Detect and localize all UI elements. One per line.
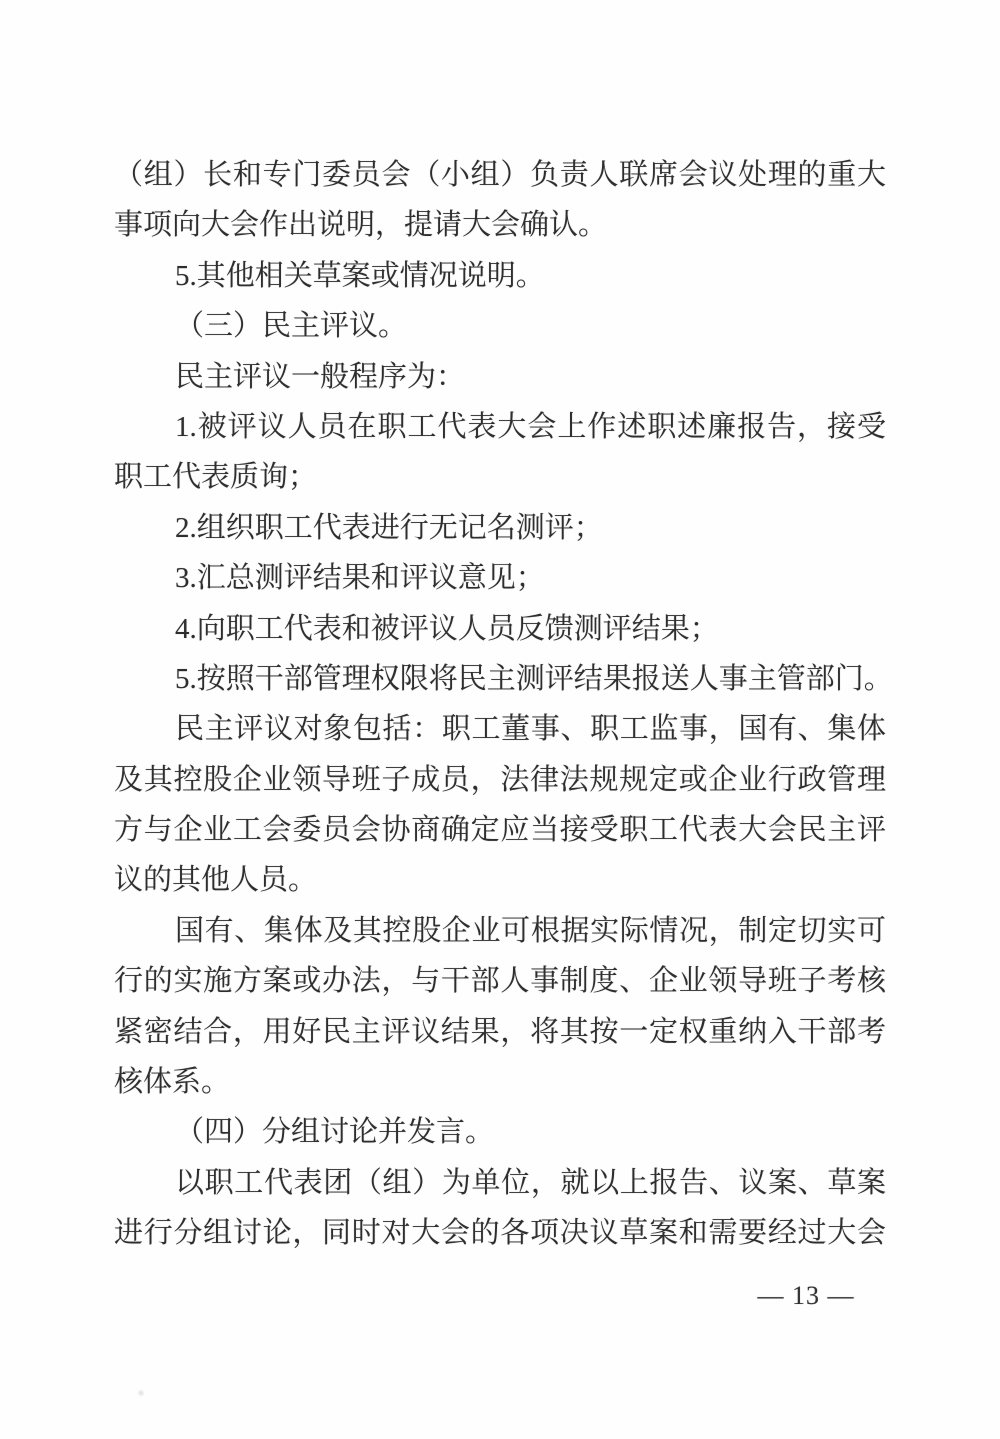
text-line: 2.组织职工代表进行无记名测评；: [114, 503, 886, 553]
section-heading: （四）分组讨论并发言。: [114, 1107, 886, 1157]
scan-smudge-artifact: [137, 1389, 145, 1397]
text-line: 3.汇总测评结果和评议意见；: [114, 553, 886, 603]
text-line: 议的其他人员。: [114, 855, 886, 905]
text-line: 民主评议一般程序为：: [114, 352, 886, 402]
text-line: 行的实施方案或办法，与干部人事制度、企业领导班子考核: [114, 956, 886, 1006]
section-heading: （三）民主评议。: [114, 301, 886, 351]
document-body: （组）长和专门委员会（小组）负责人联席会议处理的重大 事项向大会作出说明，提请大…: [114, 150, 886, 1259]
text-line: 方与企业工会委员会协商确定应当接受职工代表大会民主评: [114, 805, 886, 855]
text-line: 4.向职工代表和被评议人员反馈测评结果；: [114, 604, 886, 654]
text-line: 及其控股企业领导班子成员，法律法规规定或企业行政管理: [114, 755, 886, 805]
text-line: 5.其他相关草案或情况说明。: [114, 251, 886, 301]
text-line: （组）长和专门委员会（小组）负责人联席会议处理的重大: [114, 150, 886, 200]
text-line: 紧密结合，用好民主评议结果，将其按一定权重纳入干部考: [114, 1007, 886, 1057]
document-page: （组）长和专门委员会（小组）负责人联席会议处理的重大 事项向大会作出说明，提请大…: [0, 0, 1000, 1439]
text-line: 核体系。: [114, 1057, 886, 1107]
page-number: — 13 —: [750, 1276, 862, 1316]
text-line: 以职工代表团（组）为单位，就以上报告、议案、草案: [114, 1158, 886, 1208]
text-line: 进行分组讨论，同时对大会的各项决议草案和需要经过大会: [114, 1208, 886, 1258]
text-line: 5.按照干部管理权限将民主测评结果报送人事主管部门。: [114, 654, 886, 704]
text-line: 国有、集体及其控股企业可根据实际情况，制定切实可: [114, 906, 886, 956]
text-line: 职工代表质询；: [114, 452, 886, 502]
text-line: 1.被评议人员在职工代表大会上作述职述廉报告，接受: [114, 402, 886, 452]
text-line: 事项向大会作出说明，提请大会确认。: [114, 200, 886, 250]
text-line: 民主评议对象包括：职工董事、职工监事，国有、集体: [114, 704, 886, 754]
